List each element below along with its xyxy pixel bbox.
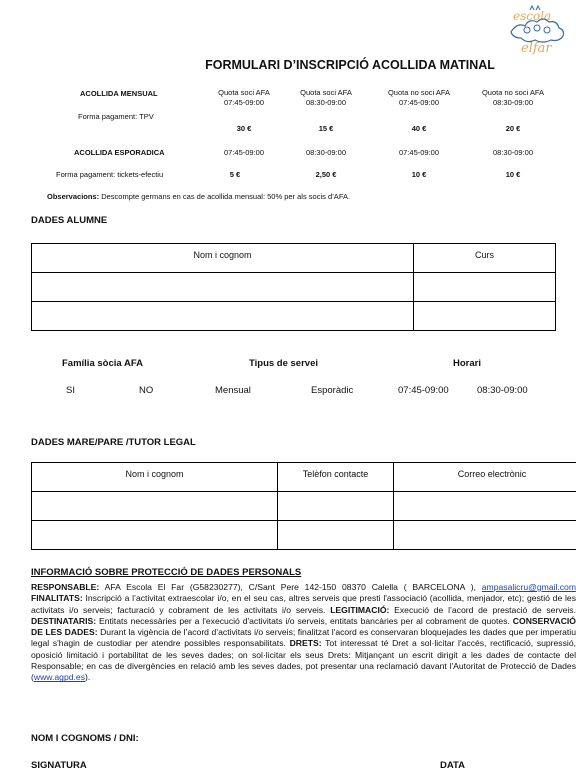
parent-name-field[interactable] — [32, 492, 278, 521]
signatura-label: SIGNATURA — [31, 760, 87, 771]
option-esporadic[interactable]: Esporàdic — [311, 385, 353, 396]
mensual-payment-method: Forma pagament: TPV — [78, 112, 154, 121]
student-name-header: Nom i cognom — [32, 244, 414, 273]
student-course-field[interactable] — [414, 273, 556, 302]
email-link[interactable]: ampasalicru@gmail.com — [482, 582, 576, 592]
option-horari-0830[interactable]: 08:30-09:00 — [477, 385, 528, 396]
price-value: 5 € — [190, 170, 280, 180]
parent-email-header: Correo electrònic — [394, 463, 576, 492]
price-time: 07:45-09:00 — [199, 148, 289, 158]
price-value: 2,50 € — [281, 170, 371, 180]
agpd-link[interactable]: www.agpd.es — [34, 672, 85, 682]
price-time: 08:30-09:00 — [281, 148, 371, 158]
parent-section-heading: DADES MARE/PARE /TUTOR LEGAL — [31, 437, 196, 448]
student-name-field[interactable] — [32, 273, 414, 302]
price-value: 20 € — [468, 124, 558, 134]
option-horari-0745[interactable]: 07:45-09:00 — [398, 385, 449, 396]
price-time: 08:30-09:00 — [468, 148, 558, 158]
student-table: Nom i cognom Curs — [31, 243, 556, 331]
option-mensual[interactable]: Mensual — [215, 385, 251, 396]
svg-text:elfar: elfar — [521, 41, 552, 56]
option-no[interactable]: NO — [139, 385, 153, 396]
parent-phone-field[interactable] — [278, 492, 394, 521]
familia-soci-label: Família sòcia AFA — [62, 358, 143, 369]
price-column-header: Quota soci AFA08:30-09:00 — [281, 88, 371, 108]
price-column-header: Quota soci AFA07:45-09:00 — [199, 88, 289, 108]
student-section-heading: DADES ALUMNE — [31, 215, 107, 226]
student-course-header: Curs — [414, 244, 556, 273]
parent-email-field[interactable] — [394, 521, 576, 550]
option-si[interactable]: SI — [66, 385, 75, 396]
student-name-field[interactable] — [32, 302, 414, 331]
price-value: 10 € — [468, 170, 558, 180]
observacions-note: Observacions: Descompte germans en cas d… — [47, 192, 350, 201]
esporadica-payment-method: Forma pagament: tickets-efectiu — [56, 170, 163, 179]
student-course-field[interactable] — [414, 302, 556, 331]
price-value: 10 € — [374, 170, 464, 180]
data-label: DATA — [440, 760, 465, 771]
horari-label: Horari — [453, 358, 481, 369]
parent-name-field[interactable] — [32, 521, 278, 550]
parent-table: Nom i cognom Telèfon contacte Correo ele… — [31, 462, 576, 550]
price-column-header: Quota no soci AFA07:45-09:00 — [374, 88, 464, 108]
school-logo-icon: escola elfar — [505, 4, 567, 56]
parent-phone-field[interactable] — [278, 521, 394, 550]
parent-name-header: Nom i cognom — [32, 463, 278, 492]
price-value: 30 € — [199, 124, 289, 134]
privacy-heading: INFORMACIÓ SOBRE PROTECCIÓ DE DADES PERS… — [31, 567, 301, 578]
acollida-mensual-label: ACOLLIDA MENSUAL — [80, 89, 158, 98]
page-title: FORMULARI D’INSCRIPCIÓ ACOLLIDA MATINAL — [0, 58, 576, 72]
privacy-text: RESPONSABLE: AFA Escola El Far (G5823027… — [31, 582, 576, 684]
price-value: 15 € — [281, 124, 371, 134]
price-value: 40 € — [374, 124, 464, 134]
acollida-esporadica-label: ACOLLIDA ESPORADICA — [74, 148, 165, 157]
parent-phone-header: Telèfon contacte — [278, 463, 394, 492]
price-column-header: Quota no soci AFA08:30-09:00 — [468, 88, 558, 108]
parent-email-field[interactable] — [394, 492, 576, 521]
tipus-servei-label: Tipus de servei — [249, 358, 318, 369]
nom-dni-label: NOM I COGNOMS / DNI: — [31, 733, 139, 744]
price-time: 07:45-09:00 — [374, 148, 464, 158]
